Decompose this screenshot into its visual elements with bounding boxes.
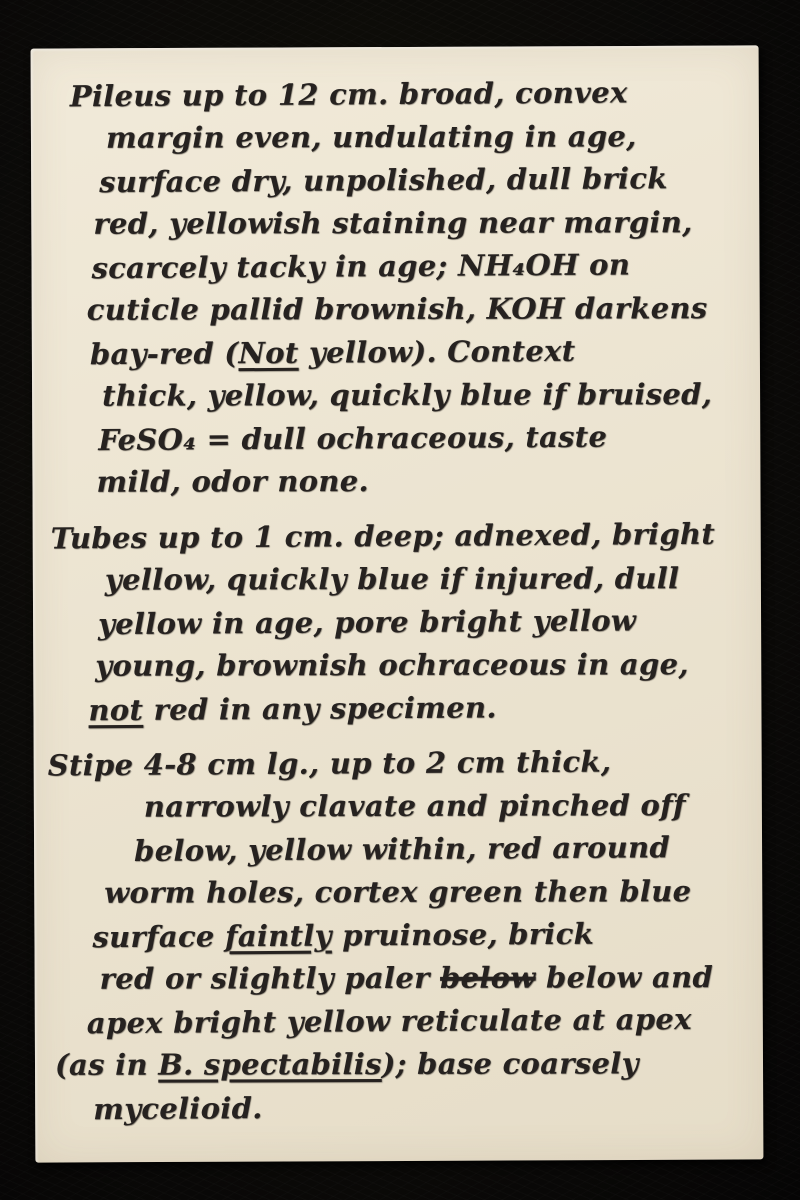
handwriting-line: apex bright yellow reticulate at apex [87, 998, 763, 1046]
handwriting-line: red, yellowish staining near margin, [93, 201, 759, 246]
underlined-word: B. spectabilis [158, 1047, 382, 1082]
handwriting-line: cuticle pallid brownish, KOH darkens [87, 287, 760, 332]
underlined-word: Not [238, 336, 298, 370]
handwriting-text: bay-red ( [90, 336, 239, 371]
underlined-word: faintly [225, 919, 332, 954]
handwriting-text: mild, odor none. [96, 464, 368, 499]
handwriting-text: Tubes up to 1 cm. deep; adnexed, bright [51, 517, 716, 556]
handwriting-line: narrowly clavate and pinched off [144, 784, 762, 829]
handwriting-text: narrowly clavate and pinched off [144, 788, 686, 823]
handwriting-text: FeSO₄ = dull ochraceous, taste [98, 420, 607, 458]
handwriting-text: red in any specimen. [143, 690, 497, 726]
handwriting-text: red or slightly paler [100, 961, 441, 996]
handwriting-text: yellow, quickly blue if injured, dull [105, 561, 680, 597]
note-paragraph-2: Tubes up to 1 cm. deep; adnexed, brighty… [33, 513, 762, 731]
underlined-word: not [88, 693, 143, 727]
handwriting-text: scarcely tacky in age; NH₄OH on [91, 247, 630, 285]
handwriting-line: young, brownish ochraceous in age, [95, 643, 761, 688]
handwriting-line: FeSO₄ = dull ochraceous, taste [98, 415, 760, 463]
handwriting-text: below, yellow within, red around [134, 830, 670, 868]
handwriting-line: Pileus up to 12 cm. broad, convex [70, 71, 759, 119]
handwriting-line: mycelioid. [93, 1084, 763, 1132]
handwriting-line: below, yellow within, red around [134, 826, 762, 873]
handwriting-line: bay-red (Not yellow). Context [90, 329, 760, 377]
handwriting-text: red, yellowish staining near margin, [93, 205, 692, 241]
handwriting-text: Pileus up to 12 cm. broad, convex [70, 75, 628, 113]
handwriting-text: ); base coarsely [382, 1046, 639, 1081]
note-paragraph-3: Stipe 4-8 cm lg., up to 2 cm thick,narro… [34, 740, 764, 1130]
handwriting-text: mycelioid. [93, 1091, 263, 1126]
handwriting-line: yellow, quickly blue if injured, dull [105, 557, 761, 602]
handwriting-text: (as in [55, 1048, 158, 1082]
handwriting-text: apex bright yellow reticulate at apex [87, 1002, 692, 1040]
handwriting-line: surface dry, unpolished, dull brick [99, 157, 759, 205]
handwriting-text: yellow in age, pore bright yellow [98, 603, 636, 641]
note-card: Pileus up to 12 cm. broad, convexmargin … [31, 45, 764, 1162]
handwriting-text: margin even, undulating in age, [106, 119, 637, 154]
handwriting-line: margin even, undulating in age, [106, 115, 759, 160]
handwriting-text: worm holes, cortex green then blue [104, 874, 691, 910]
handwriting-text: below and [536, 960, 713, 994]
handwriting-line: surface faintly pruinose, brick [92, 912, 762, 960]
struck-out-word: below [440, 961, 536, 995]
handwriting-line: red or slightly paler below below and [100, 956, 763, 1001]
handwriting-text: surface dry, unpolished, dull brick [99, 161, 668, 199]
handwriting-text: young, brownish ochraceous in age, [95, 647, 689, 683]
handwriting-line: (as in B. spectabilis); base coarsely [55, 1042, 763, 1087]
handwriting-line: scarcely tacky in age; NH₄OH on [91, 243, 759, 291]
handwriting-text: yellow). Context [298, 334, 575, 370]
handwriting-text: surface [92, 919, 225, 954]
handwriting-line: not red in any specimen. [88, 685, 761, 733]
handwriting-line: thick, yellow, quickly blue if bruised, [102, 373, 760, 418]
handwriting-line: Stipe 4-8 cm lg., up to 2 cm thick, [48, 739, 762, 787]
handwriting-line: mild, odor none. [96, 459, 760, 504]
note-paragraph-1: Pileus up to 12 cm. broad, convexmargin … [31, 71, 761, 504]
handwriting-line: Tubes up to 1 cm. deep; adnexed, bright [51, 512, 761, 560]
handwriting-text: cuticle pallid brownish, KOH darkens [87, 291, 708, 327]
handwriting-text: thick, yellow, quickly blue if bruised, [102, 377, 712, 413]
handwriting-text: pruinose, brick [332, 917, 595, 953]
handwriting-line: worm holes, cortex green then blue [104, 870, 762, 915]
handwriting-line: yellow in age, pore bright yellow [98, 599, 761, 647]
handwriting-text: Stipe 4-8 cm lg., up to 2 cm thick, [48, 745, 612, 783]
